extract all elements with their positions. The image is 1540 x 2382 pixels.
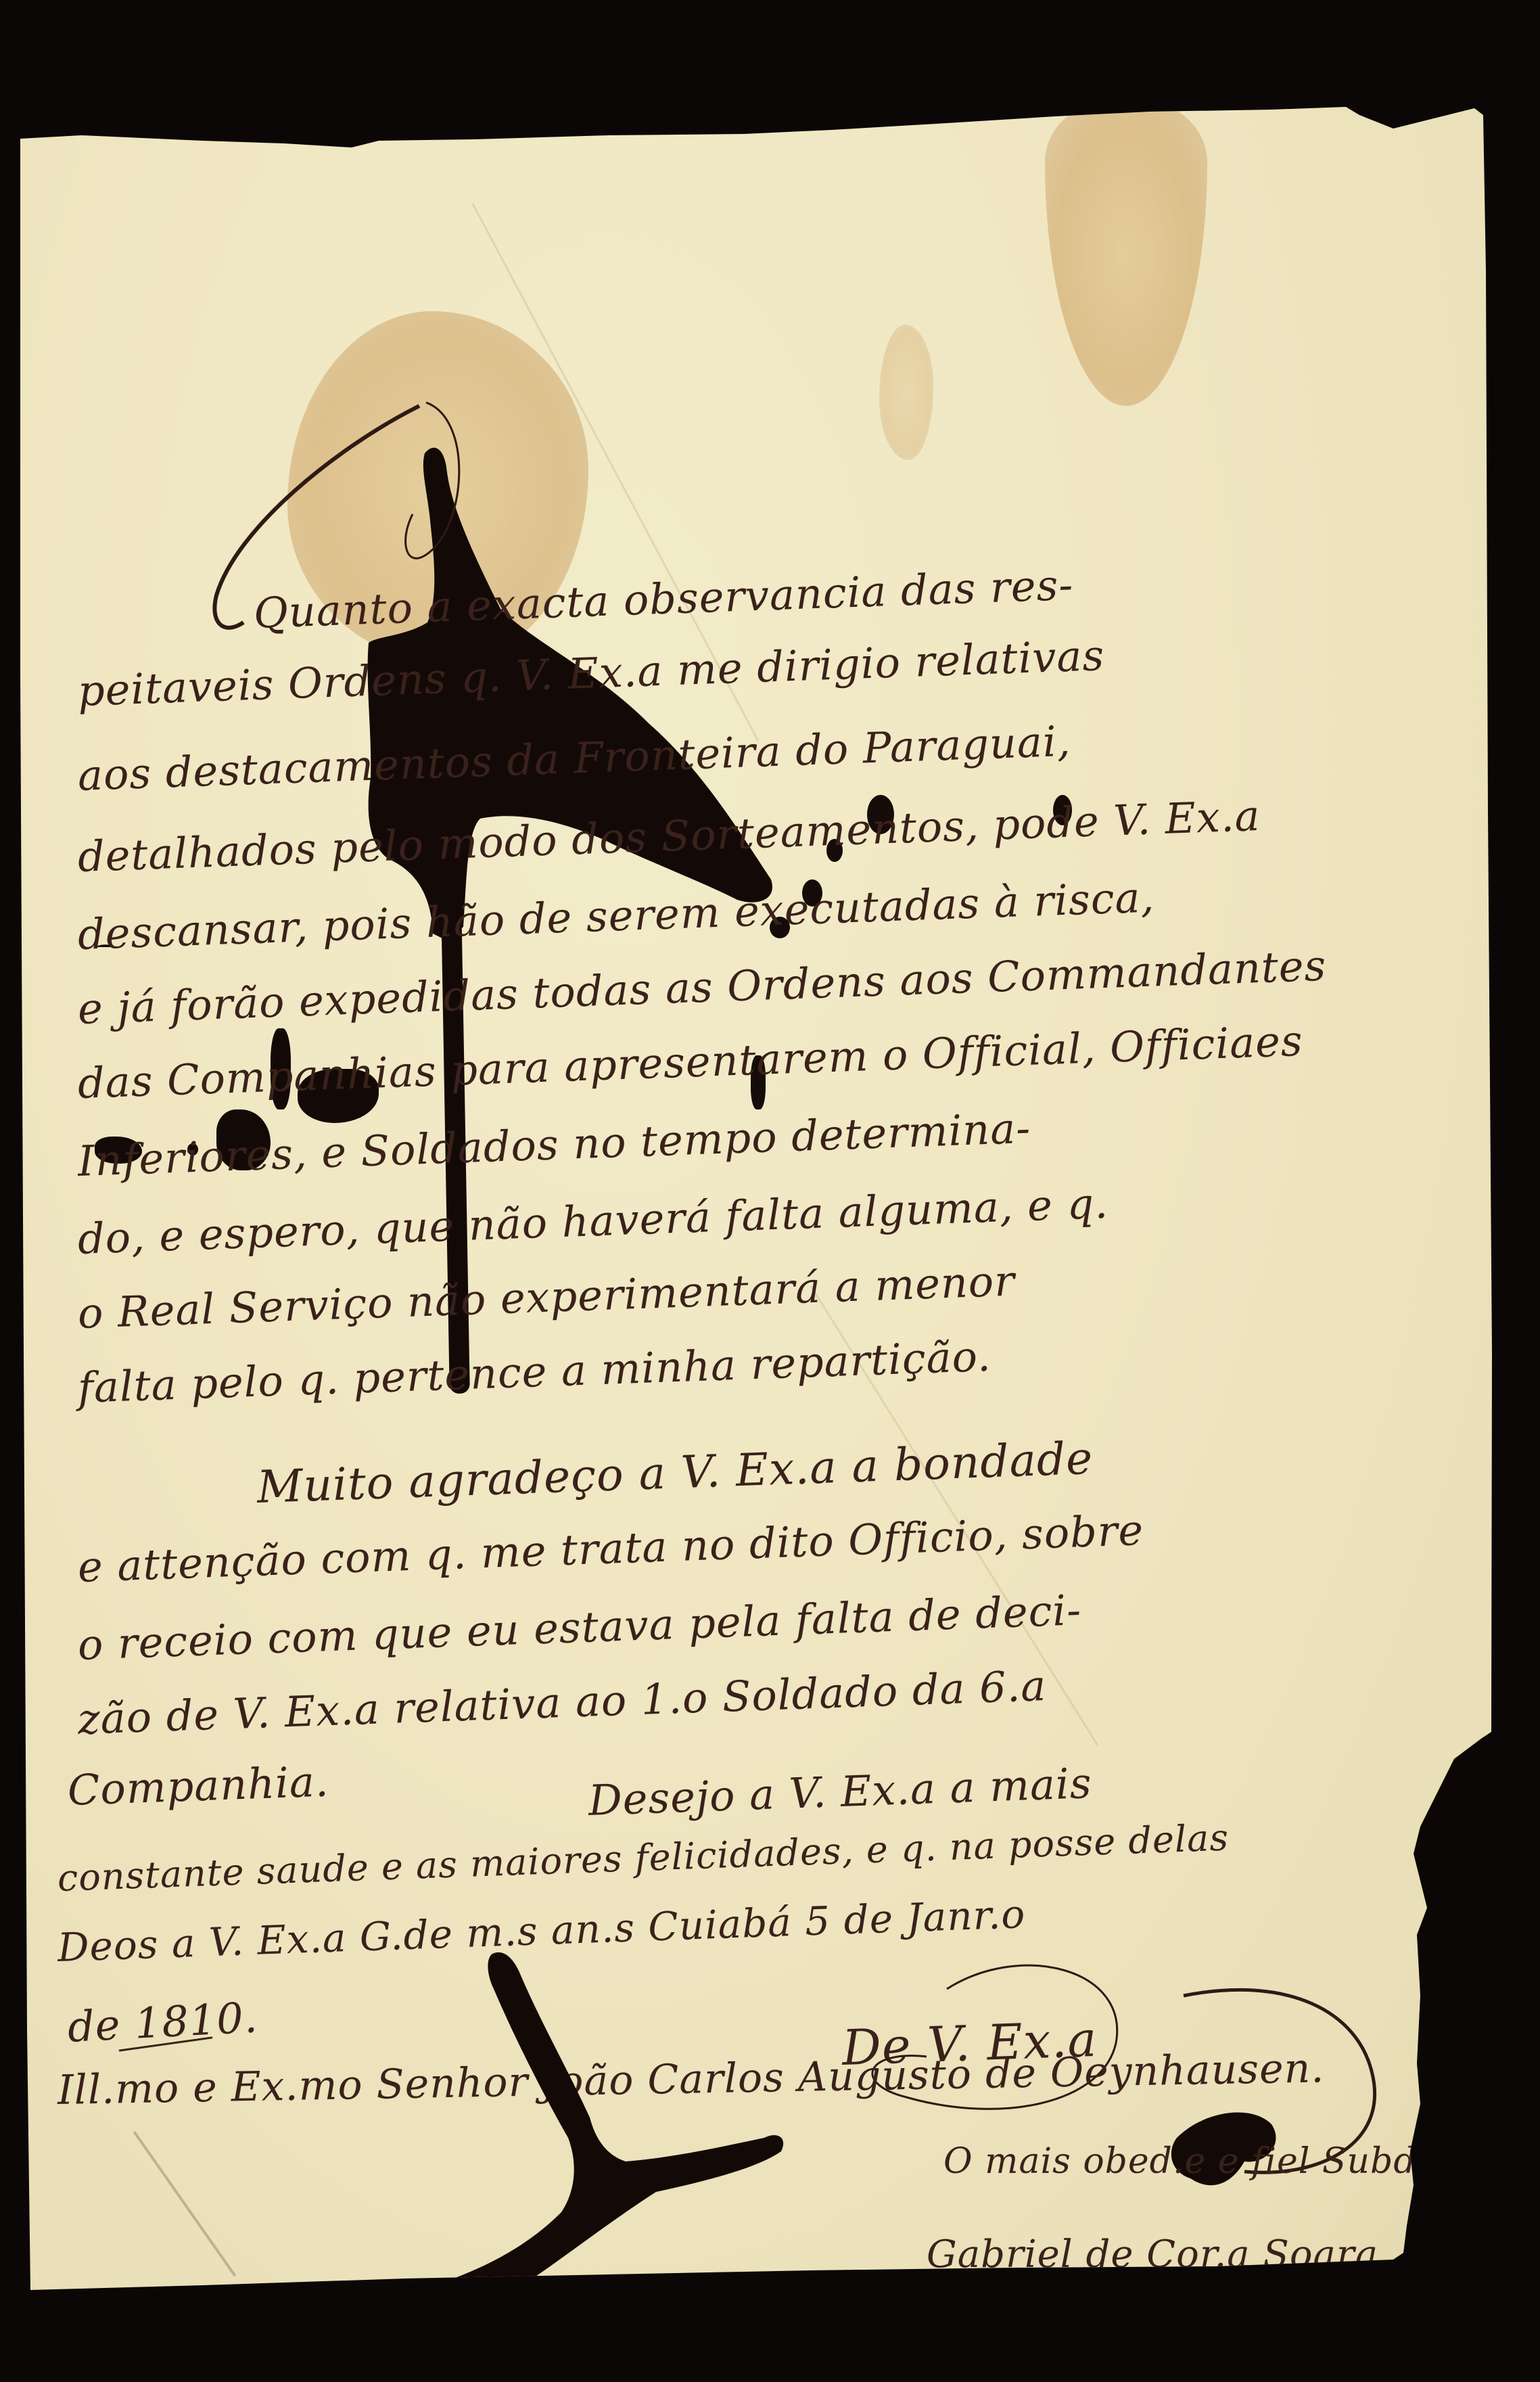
valediction: O mais obed.e e fiel Subd.o	[943, 2141, 1450, 2182]
ink-blot-bottom	[0, 0, 1540, 2382]
manuscript-page: Quanto a exacta observancia das res- pei…	[0, 0, 1540, 2382]
